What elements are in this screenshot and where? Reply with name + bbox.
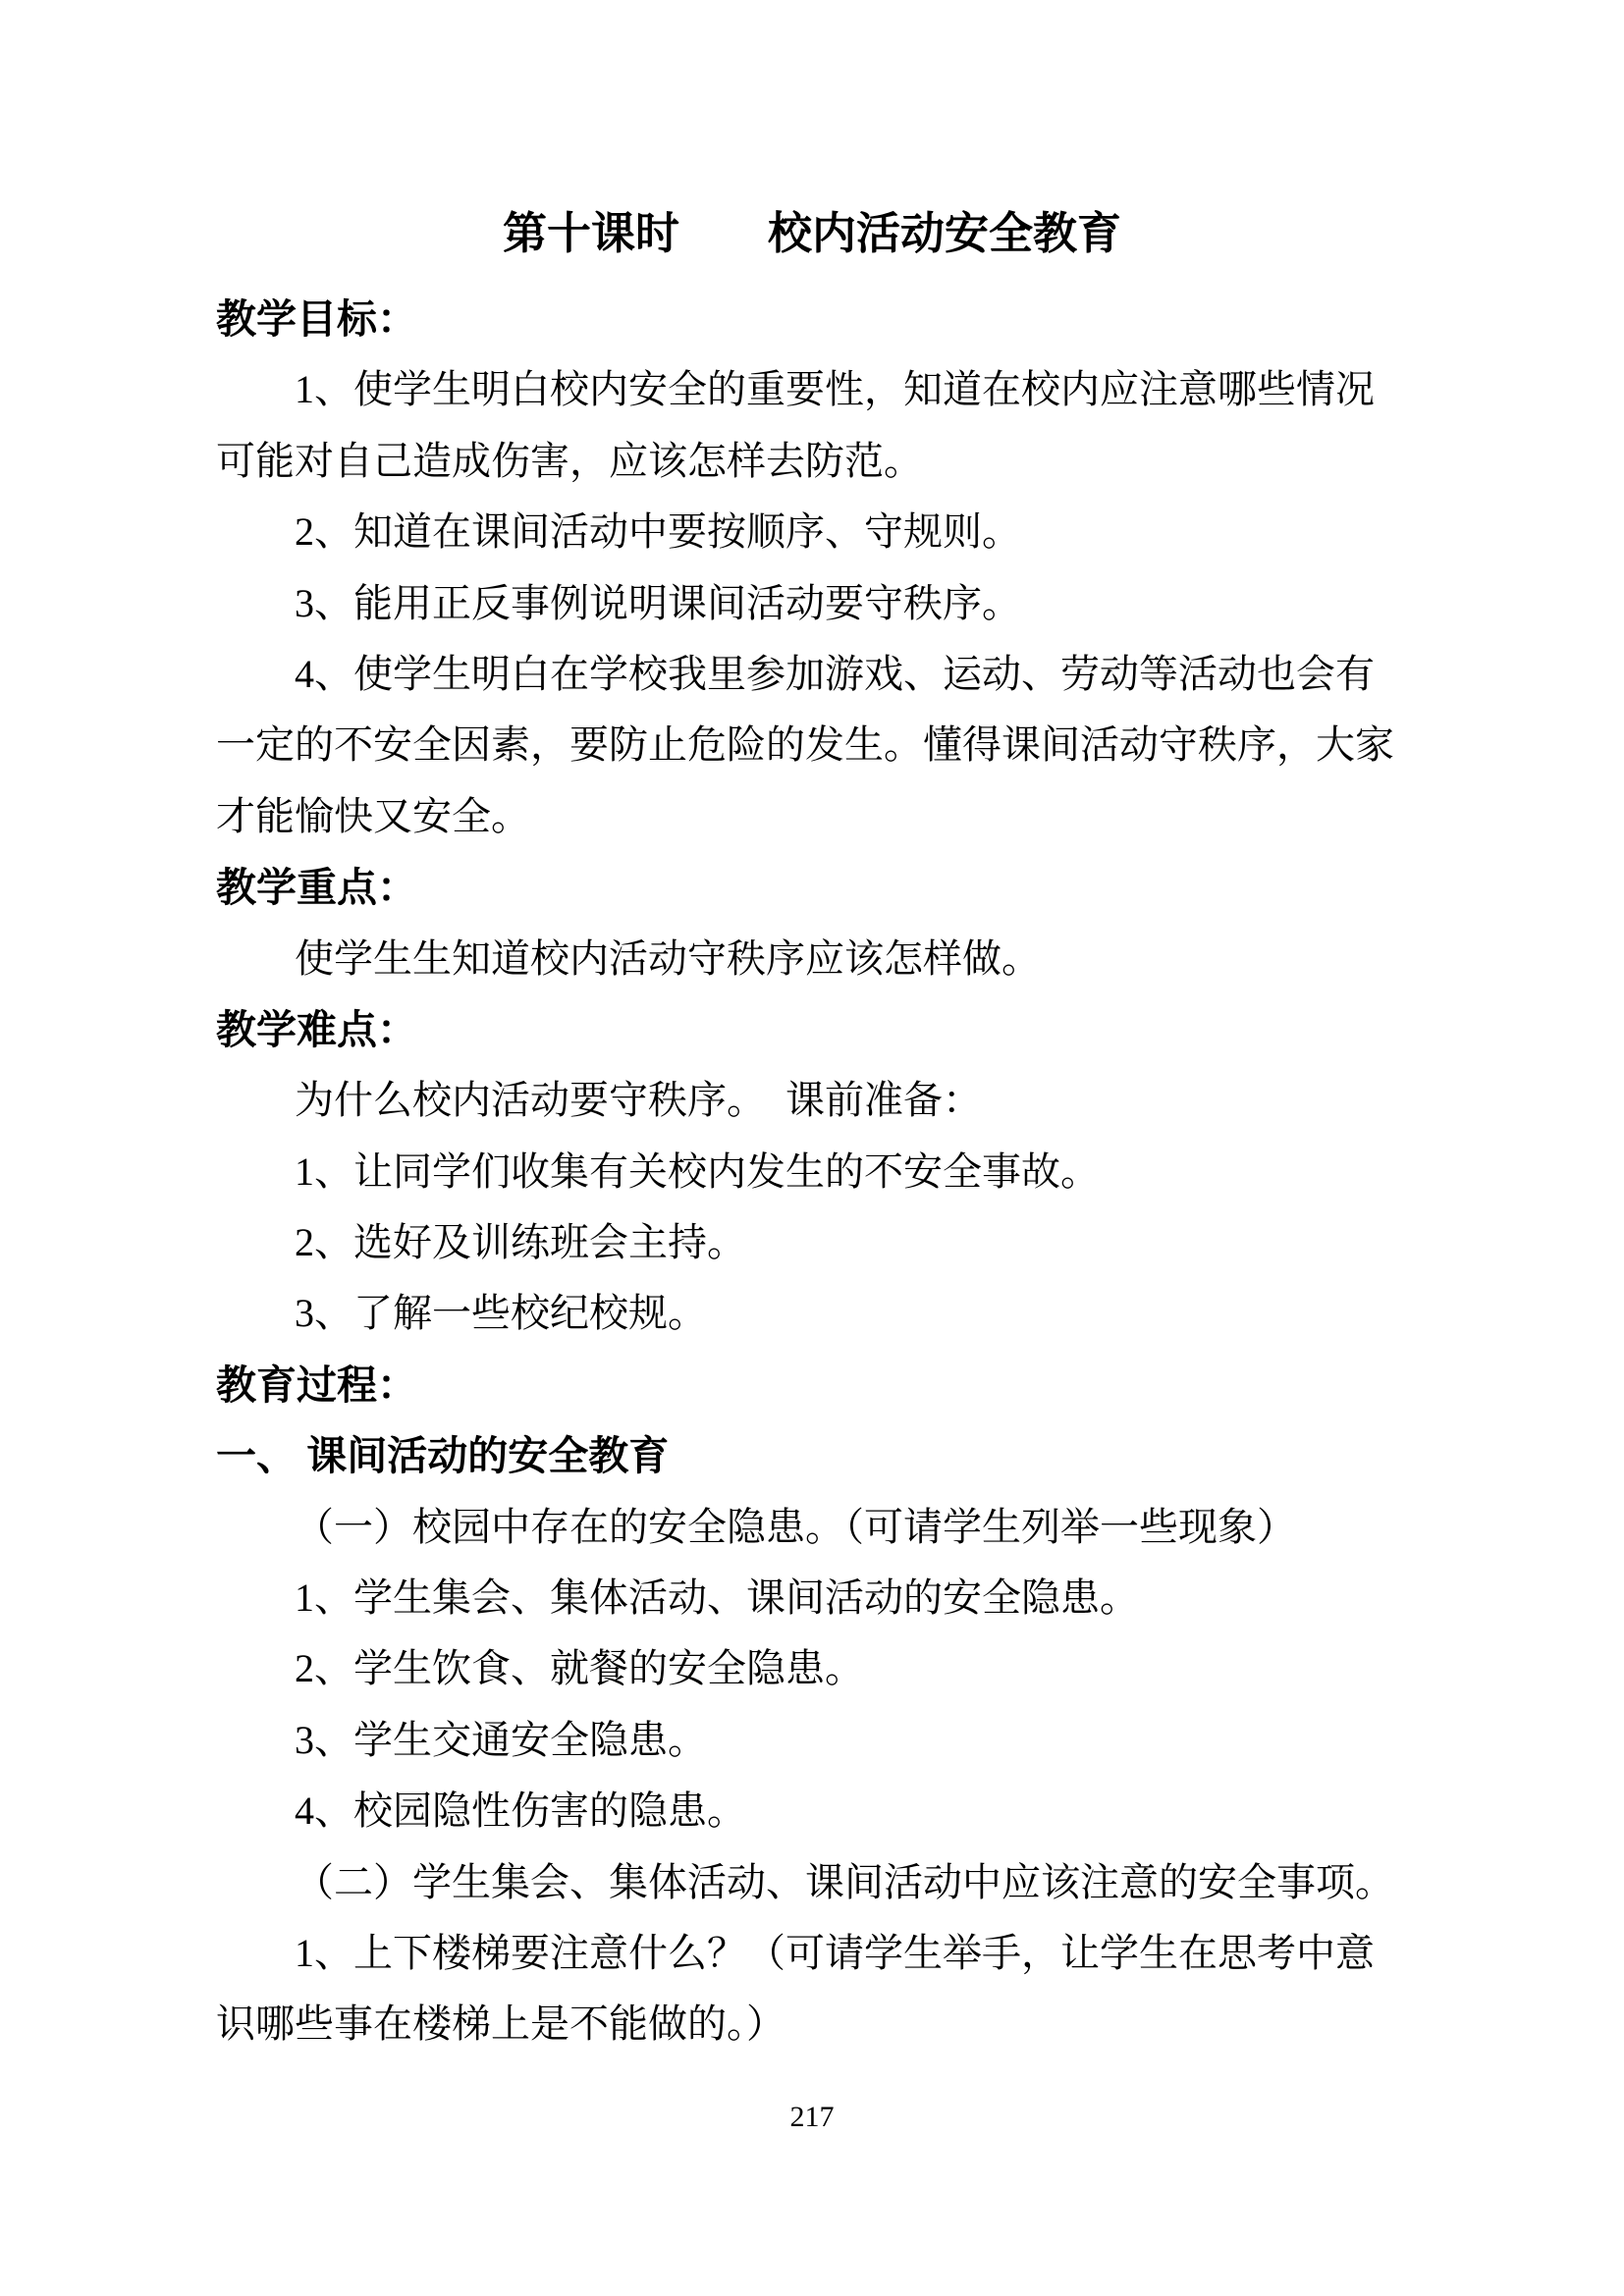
text-line: 1、使学生明白校内安全的重要性，知道在校内应注意哪些情况 [216,354,1467,425]
section-heading: 一、 课间活动的安全教育 [216,1420,1467,1491]
text-line: 3、学生交通安全隐患。 [216,1705,1467,1776]
document-page: 第十课时 校内活动安全教育 教学目标：1、使学生明白校内安全的重要性，知道在校内… [0,0,1624,2296]
text-line: 识哪些事在楼梯上是不能做的。） [216,1989,1467,2059]
text-line: （一）校园中存在的安全隐患。（可请学生列举一些现象） [216,1492,1467,1563]
page-number: 217 [0,2088,1624,2147]
section-heading: 教学目标： [216,284,1467,354]
text-line: 2、选好及训练班会主持。 [216,1207,1467,1278]
section-heading: 教育过程： [216,1350,1467,1420]
text-line: 4、使学生明白在学校我里参加游戏、运动、劳动等活动也会有 [216,639,1467,710]
text-line: 3、能用正反事例说明课间活动要守秩序。 [216,568,1467,639]
text-line: 4、校园隐性伤害的隐患。 [216,1776,1467,1846]
text-line: 为什么校内活动要守秩序。 课前准备： [216,1065,1467,1136]
text-line: （二）学生集会、集体活动、课间活动中应该注意的安全事项。 [216,1847,1467,1918]
section-heading: 教学难点： [216,994,1467,1065]
text-line: 一定的不安全因素，要防止危险的发生。懂得课间活动守秩序，大家 [216,710,1467,780]
document-body: 教学目标：1、使学生明白校内安全的重要性，知道在校内应注意哪些情况可能对自己造成… [216,284,1467,2060]
section-heading: 教学重点： [216,852,1467,923]
text-line: 2、知道在课间活动中要按顺序、守规则。 [216,497,1467,567]
text-line: 才能愉快又安全。 [216,781,1467,852]
page-title: 第十课时 校内活动安全教育 [0,198,1624,269]
text-line: 使学生生知道校内活动守秩序应该怎样做。 [216,924,1467,994]
text-line: 1、上下楼梯要注意什么？（可请学生举手，让学生在思考中意 [216,1918,1467,1989]
text-line: 1、学生集会、集体活动、课间活动的安全隐患。 [216,1563,1467,1633]
text-line: 可能对自己造成伤害，应该怎样去防范。 [216,426,1467,497]
text-line: 3、了解一些校纪校规。 [216,1278,1467,1349]
text-line: 2、学生饮食、就餐的安全隐患。 [216,1633,1467,1704]
text-line: 1、让同学们收集有关校内发生的不安全事故。 [216,1137,1467,1207]
